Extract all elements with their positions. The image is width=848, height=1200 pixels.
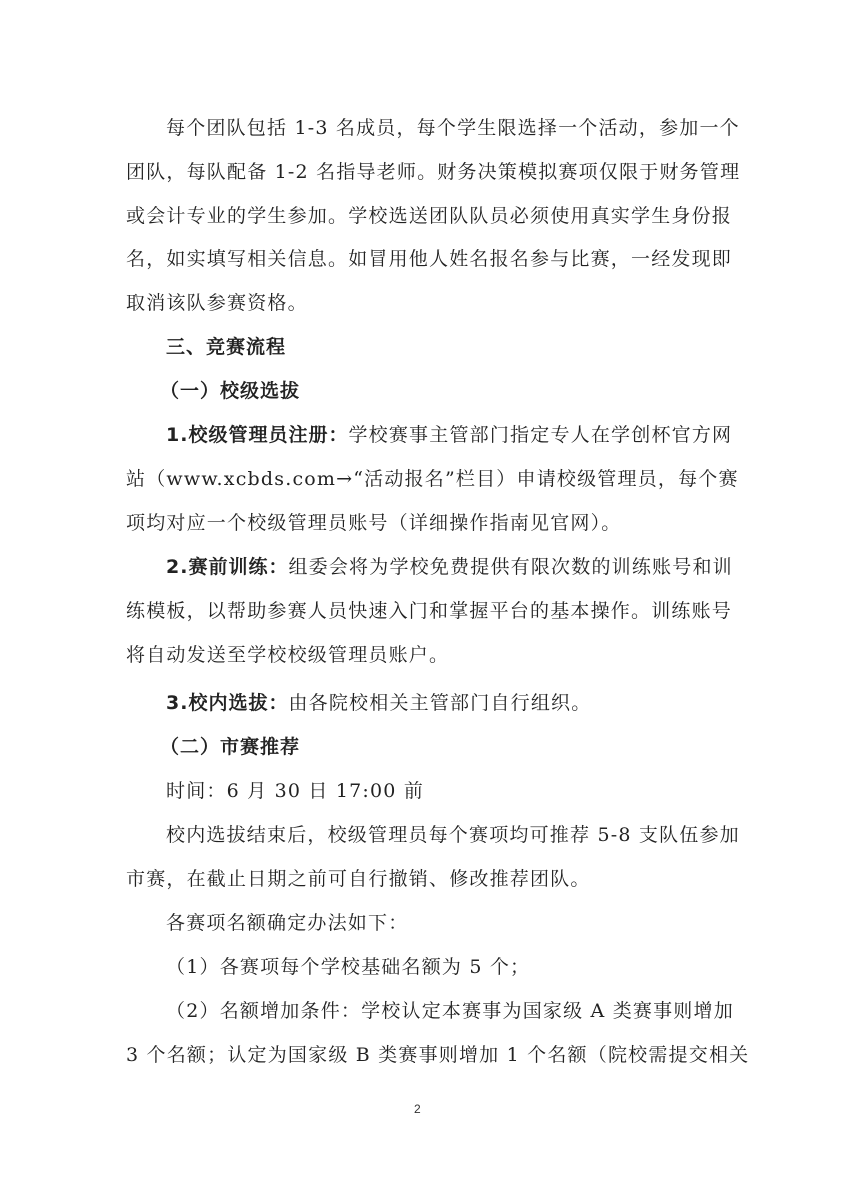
item-text: 由各院校相关主管部门自行组织。 bbox=[288, 692, 591, 714]
page-number: 2 bbox=[414, 1102, 421, 1116]
paragraph-line: 每个团队包括 1-3 名成员，每个学生限选择一个活动，参加一个 bbox=[166, 115, 718, 141]
paragraph-line: 站（www.xcbds.com→“活动报名”栏目）申请校级管理员，每个赛 bbox=[126, 466, 718, 492]
quota-item: （2）名额增加条件：学校认定本赛事为国家级 A 类赛事则增加 bbox=[166, 998, 718, 1024]
quota-item: （1）各赛项每个学校基础名额为 5 个； bbox=[166, 954, 766, 980]
paragraph-line: 将自动发送至学校校级管理员账户。 bbox=[126, 642, 726, 668]
paragraph-line: 或会计专业的学生参加。学校选送团队队员必须使用真实学生身份报 bbox=[126, 203, 718, 229]
quota-intro: 各赛项名额确定办法如下： bbox=[166, 910, 766, 936]
time-line: 时间：6 月 30 日 17:00 前 bbox=[166, 778, 766, 804]
paragraph-line: 校内选拔结束后，校级管理员每个赛项均可推荐 5-8 支队伍参加 bbox=[166, 822, 718, 848]
document-page: 每个团队包括 1-3 名成员，每个学生限选择一个活动，参加一个 团队，每队配备 … bbox=[0, 0, 848, 1200]
item-label: 1.校级管理员注册： bbox=[166, 424, 348, 446]
paragraph-line: 名，如实填写相关信息。如冒用他人姓名报名参与比赛，一经发现即 bbox=[126, 246, 718, 272]
paragraph-line: 市赛，在截止日期之前可自行撤销、修改推荐团队。 bbox=[126, 866, 726, 892]
section-heading: 三、竞赛流程 bbox=[166, 334, 766, 360]
paragraph-line: 3 个名额；认定为国家级 B 类赛事则增加 1 个名额（院校需提交相关 bbox=[126, 1042, 718, 1068]
paragraph-line: 项均对应一个校级管理员账号（详细操作指南见官网）。 bbox=[126, 510, 726, 536]
item-line: 2.赛前训练：组委会将为学校免费提供有限次数的训练账号和训 bbox=[166, 554, 766, 580]
item-label: 2.赛前训练： bbox=[166, 556, 288, 578]
paragraph-line: 取消该队参赛资格。 bbox=[126, 290, 726, 316]
item-label: 3.校内选拔： bbox=[166, 692, 288, 714]
item-line: 3.校内选拔：由各院校相关主管部门自行组织。 bbox=[166, 690, 766, 716]
item-text: 学校赛事主管部门指定专人在学创杯官方网 bbox=[348, 424, 732, 446]
item-text: 组委会将为学校免费提供有限次数的训练账号和训 bbox=[288, 556, 732, 578]
paragraph-line: 团队，每队配备 1-2 名指导老师。财务决策模拟赛项仅限于财务管理 bbox=[126, 159, 718, 185]
subsection-heading: （二）市赛推荐 bbox=[160, 734, 760, 760]
item-line: 1.校级管理员注册：学校赛事主管部门指定专人在学创杯官方网 bbox=[166, 422, 766, 448]
paragraph-line: 练模板，以帮助参赛人员快速入门和掌握平台的基本操作。训练账号 bbox=[126, 598, 718, 624]
subsection-heading: （一）校级选拔 bbox=[160, 378, 760, 404]
